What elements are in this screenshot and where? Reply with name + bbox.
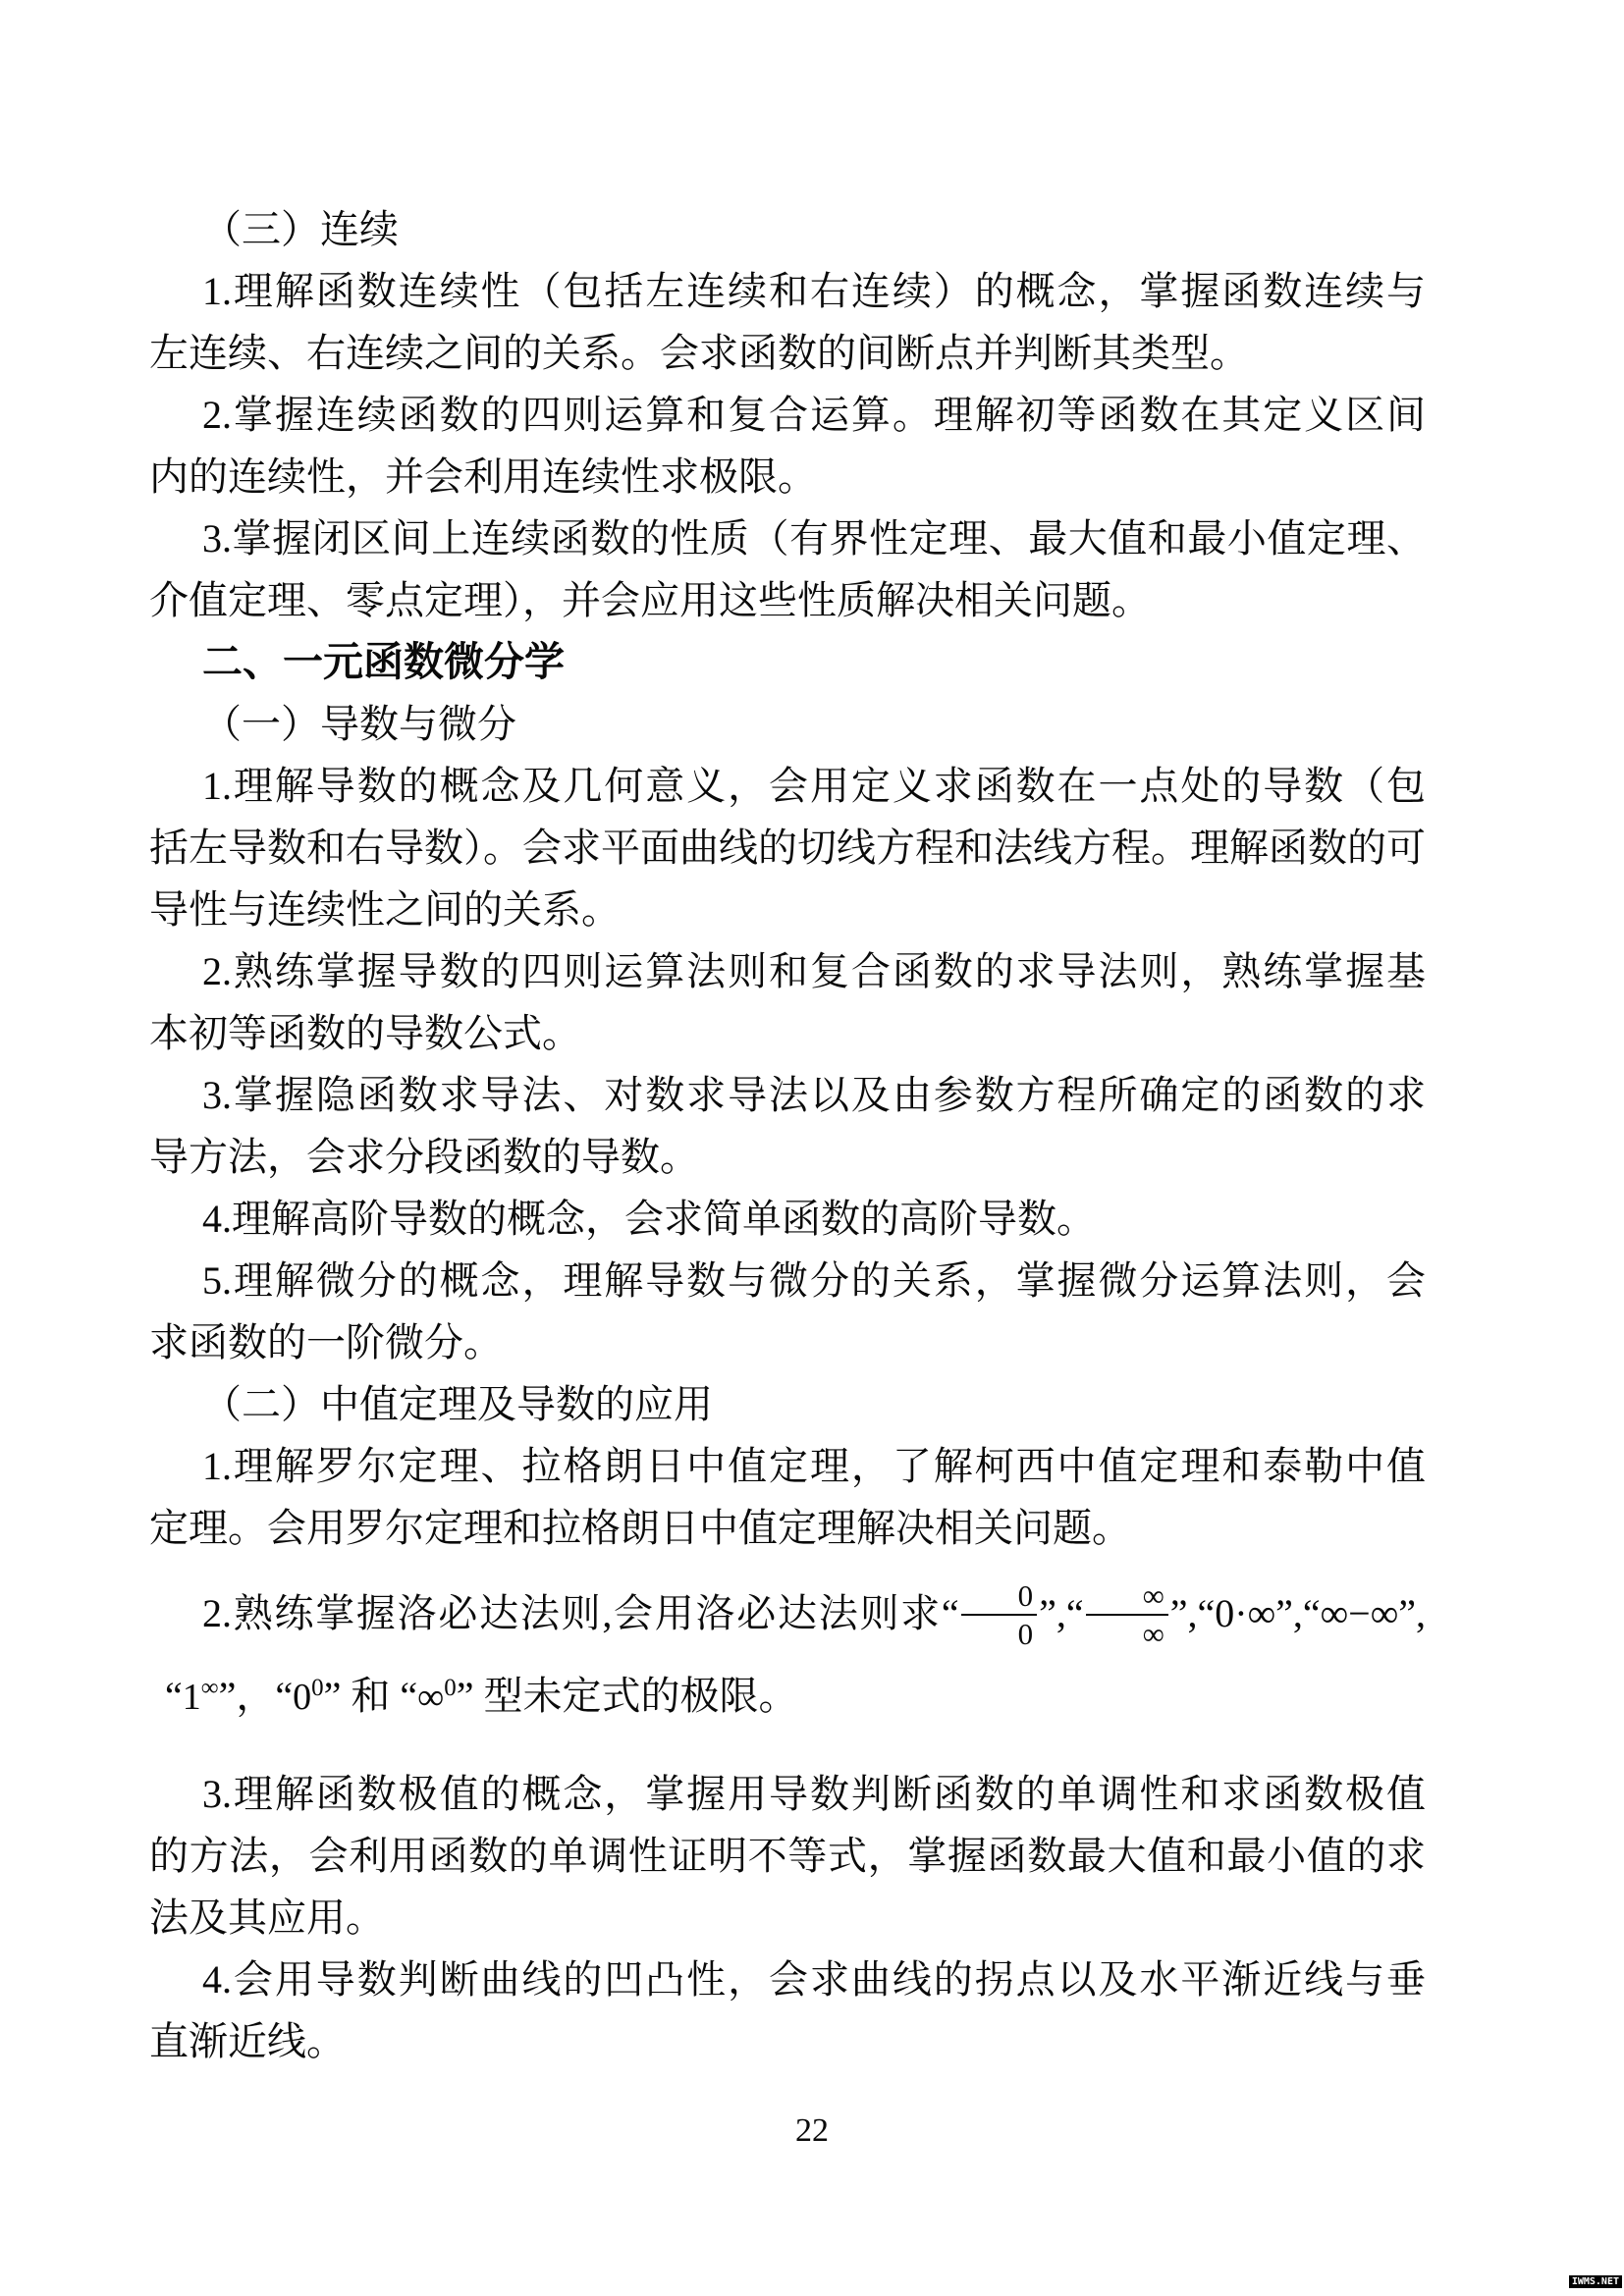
fraction: 00 <box>961 1580 1038 1649</box>
text-line: 2.熟练掌握导数的四则运算法则和复合函数的求导法则，熟练掌握基 <box>149 940 1426 1002</box>
text-line: 2.掌握连续函数的四则运算和复合运算。理解初等函数在其定义区间 <box>149 384 1426 446</box>
formula-line: 2.熟练掌握洛必达法则,会用洛必达法则求“00”,“∞∞”,“0·∞”,“∞−∞… <box>149 1573 1426 1655</box>
text-line: 1.理解函数连续性（包括左连续和右连续）的概念，掌握函数连续与 <box>149 260 1426 322</box>
power-expression: ∞0 <box>417 1674 457 1718</box>
text-line: 直渐近线。 <box>149 2010 1426 2072</box>
formula-line: “1∞”，“00” 和 “∞0” 型未定式的极限。 <box>149 1655 1426 1737</box>
text-line: 1.理解罗尔定理、拉格朗日中值定理，了解柯西中值定理和泰勒中值 <box>149 1435 1426 1497</box>
text-line: 求函数的一阶微分。 <box>149 1311 1426 1373</box>
text-line: 的方法，会利用函数的单调性证明不等式，掌握函数最大值和最小值的求 <box>149 1825 1426 1887</box>
text-line: 括左导数和右导数）。会求平面曲线的切线方程和法线方程。理解函数的可 <box>149 817 1426 879</box>
power-expression: 1∞ <box>183 1674 219 1718</box>
text-line: 导性与连续性之间的关系。 <box>149 879 1426 940</box>
text-line: 3.掌握闭区间上连续函数的性质（有界性定理、最大值和最小值定理、 <box>149 507 1426 569</box>
page-number: 22 <box>0 2112 1624 2150</box>
site-watermark: IWMS.NET <box>1569 2275 1622 2288</box>
text-line: 3.掌握隐函数求导法、对数求导法以及由参数方程所确定的函数的求 <box>149 1064 1426 1126</box>
text-line: 导方法，会求分段函数的导数。 <box>149 1126 1426 1188</box>
text-line: 介值定理、零点定理），并会应用这些性质解决相关问题。 <box>149 569 1426 631</box>
text-line: 定理。会用罗尔定理和拉格朗日中值定理解决相关问题。 <box>149 1497 1426 1559</box>
text-line: 本初等函数的导数公式。 <box>149 1002 1426 1064</box>
text-line: 内的连续性，并会利用连续性求极限。 <box>149 446 1426 507</box>
fraction: ∞∞ <box>1086 1580 1168 1649</box>
text-line: 4.理解高阶导数的概念，会求简单函数的高阶导数。 <box>149 1188 1426 1250</box>
text-line: 1.理解导数的概念及几何意义，会用定义求函数在一点处的导数（包 <box>149 755 1426 817</box>
text-line: 4.会用导数判断曲线的凹凸性，会求曲线的拐点以及水平渐近线与垂 <box>149 1949 1426 2010</box>
text-line: （一）导数与微分 <box>149 693 1426 755</box>
text-line: 左连续、右连续之间的关系。会求函数的间断点并判断其类型。 <box>149 322 1426 384</box>
text-line: 5.理解微分的概念，理解导数与微分的关系，掌握微分运算法则，会 <box>149 1250 1426 1311</box>
text-line: 3.理解函数极值的概念，掌握用导数判断函数的单调性和求函数极值 <box>149 1763 1426 1825</box>
power-expression: 00 <box>293 1674 324 1718</box>
section-heading: 二、一元函数微分学 <box>149 631 1426 693</box>
document-content: （三）连续1.理解函数连续性（包括左连续和右连续）的概念，掌握函数连续与左连续、… <box>149 198 1426 2072</box>
text-line: （二）中值定理及导数的应用 <box>149 1373 1426 1435</box>
text-line: 法及其应用。 <box>149 1887 1426 1949</box>
text-line: （三）连续 <box>149 198 1426 260</box>
